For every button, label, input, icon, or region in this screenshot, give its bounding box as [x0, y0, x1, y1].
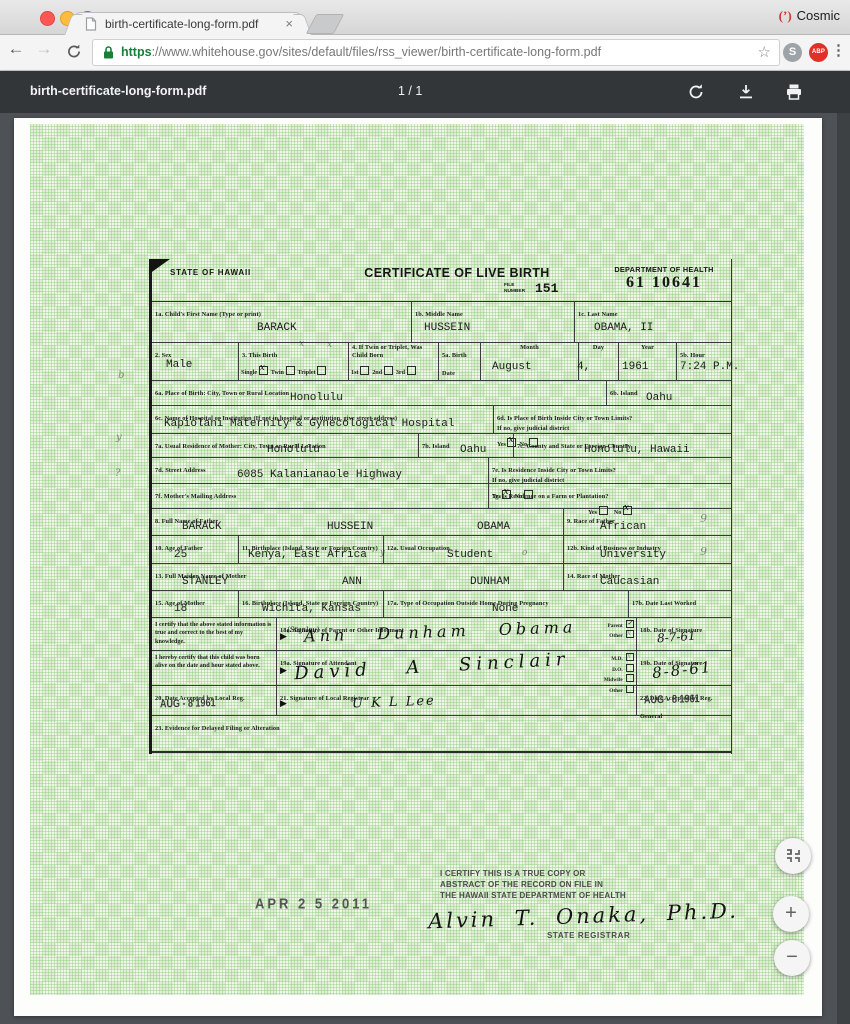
page-indicator: 1 / 1 — [398, 84, 422, 98]
local-reg-date-stamp: AUG - 8 1961 — [160, 696, 216, 710]
mother-middle: ANN — [342, 576, 362, 588]
informant-signature-date: 8-7-61 — [657, 629, 697, 646]
certificate-paper: b y ? 9 9 STATE OF HAWAII CERTIFICATE OF… — [30, 124, 804, 995]
window-titlebar: birth-certificate-long-form.pdf × (ʼ)Cos… — [0, 0, 850, 35]
zoom-out-button[interactable]: − — [774, 940, 810, 976]
file-number-label: FILE NUMBER — [504, 283, 525, 295]
field-label: 3. This Birth — [242, 352, 277, 359]
url-rest: ://www.whitehouse.gov/sites/default/file… — [152, 45, 602, 59]
arrow-mark: ▶ — [280, 665, 287, 676]
this-birth-options: Single x Twin Triplet — [241, 366, 326, 376]
pencil-mark: x — [327, 340, 332, 350]
url-text[interactable]: https://www.whitehouse.gov/sites/default… — [121, 45, 751, 59]
field-label: Year — [622, 344, 673, 352]
zoom-in-button[interactable]: + — [773, 896, 809, 932]
mother-residence-city: Honolulu — [267, 444, 320, 456]
mother-age: 18 — [174, 603, 187, 615]
father-occupation: Student — [447, 549, 493, 561]
cosmic-label: (ʼ)Cosmic — [779, 8, 840, 24]
state-registrar-signature: Alvin T. Onaka, Ph.D. — [428, 899, 740, 934]
field-label: Day — [582, 344, 615, 352]
zoom-out-icon: − — [786, 946, 798, 968]
back-button[interactable]: ← — [4, 39, 28, 59]
browser-tab[interactable]: birth-certificate-long-form.pdf × — [74, 12, 302, 35]
informant-certify-text: I certify that the above stated informat… — [155, 619, 273, 646]
adblock-plus-icon[interactable]: ABP — [809, 43, 828, 62]
state-registrar-title: STATE REGISTRAR — [547, 930, 630, 941]
field-label: 1a. Child's First Name (Type or print) — [155, 311, 261, 318]
field-label: 7f. Mother's Mailing Address — [155, 493, 236, 500]
pdf-page: b y ? 9 9 STATE OF HAWAII CERTIFICATE OF… — [14, 118, 822, 1016]
rotate-icon[interactable] — [686, 82, 706, 102]
father-middle: HUSSEIN — [327, 521, 373, 533]
birth-month: August — [492, 361, 532, 373]
true-copy-certification: I CERTIFY THIS IS A TRUE COPY OR ABSTRAC… — [440, 868, 626, 902]
certificate-title: CERTIFICATE OF LIVE BIRTH — [337, 266, 577, 280]
reload-button[interactable] — [62, 43, 86, 60]
mother-race: Caucasian — [600, 576, 659, 588]
field-label: 1c. Last Name — [578, 311, 618, 318]
address-bar[interactable]: https://www.whitehouse.gov/sites/default… — [92, 39, 780, 66]
mother-residence-county: Honolulu, Hawaii — [584, 444, 690, 456]
father-first: BARACK — [182, 521, 222, 533]
father-birthplace: Kenya, East Africa — [248, 549, 367, 561]
attendant-certify-text: I hereby certify that this child was bor… — [155, 652, 273, 671]
field-label: 12a. Usual Occupation — [387, 545, 450, 552]
tab-title: birth-certificate-long-form.pdf — [105, 17, 258, 31]
mother-residence-island: Oahu — [460, 444, 486, 456]
local-registrar-signature: U K L Lee — [352, 694, 436, 712]
reg-general-date-stamp: AUG - 8 1961 — [644, 692, 700, 706]
birth-year: 1961 — [622, 361, 648, 373]
birth-hour: 7:24 P.M. — [680, 361, 739, 373]
field-label: 6a. Place of Birth: City, Town or Rural … — [155, 390, 289, 397]
field-label: 7g. Is Residence on a Farm or Plantation… — [492, 493, 609, 500]
pdf-toolbar: birth-certificate-long-form.pdf 1 / 1 — [0, 71, 850, 113]
certificate-form: STATE OF HAWAII CERTIFICATE OF LIVE BIRT… — [149, 259, 732, 754]
field-label: 1b. Middle Name — [415, 311, 463, 318]
field-label: 7b. Island — [422, 443, 450, 450]
mother-birthplace: Wichita, Kansas — [262, 603, 361, 615]
apr-2011-date-stamp: APR 2 5 2011 — [255, 895, 372, 912]
pdf-viewer-area[interactable]: b y ? 9 9 STATE OF HAWAII CERTIFICATE OF… — [0, 113, 850, 1024]
arrow-mark: ▶ — [280, 698, 287, 709]
window-close-button[interactable] — [40, 11, 55, 26]
dept-of-health: DEPARTMENT OF HEALTH — [600, 265, 728, 274]
birth-island: Oahu — [646, 392, 672, 404]
sex-value: Male — [166, 359, 192, 371]
father-last: OBAMA — [477, 521, 510, 533]
pencil-mark: o — [522, 548, 527, 558]
scrollbar-track[interactable] — [837, 113, 850, 1024]
secure-lock-icon[interactable] — [102, 45, 115, 60]
browser-toolbar: ← → https://www.whitehouse.gov/sites/def… — [0, 35, 850, 71]
zoom-in-icon: + — [785, 902, 797, 924]
fit-to-page-icon — [775, 838, 811, 874]
mother-first: STANLEY — [182, 576, 228, 588]
field-label: 6b. Island — [610, 390, 638, 397]
download-icon[interactable] — [736, 82, 756, 102]
field-label: 7e. Is Residence Inside City or Town Lim… — [492, 467, 616, 474]
informant-type-options: Parent ✓ Other x — [607, 620, 634, 640]
birth-city: Honolulu — [290, 392, 343, 404]
twin-order-options: 1st 2nd 3rd — [351, 366, 416, 376]
child-middle-name: HUSSEIN — [424, 322, 470, 334]
field-label: 4. If Twin or Triplet, Was Child Born — [352, 344, 432, 360]
cosmic-icon: (ʼ) — [779, 8, 792, 23]
field-label: 17a. Type of Occupation Outside Home Dur… — [387, 600, 549, 607]
pencil-mark: y — [116, 432, 122, 443]
mother-last: DUNHAM — [470, 576, 510, 588]
pencil-mark: ? — [115, 468, 120, 479]
field-label: 7d. Street Address — [155, 467, 206, 474]
arrow-mark: ▶ — [280, 631, 287, 642]
field-label: 5b. Hour — [680, 352, 705, 359]
fit-to-page-button[interactable] — [775, 838, 811, 874]
pdf-file-name: birth-certificate-long-form.pdf — [30, 84, 206, 98]
field-sublabel: If no, give judicial district — [497, 425, 728, 433]
father-race: African — [600, 521, 646, 533]
child-last-name: OBAMA, II — [594, 322, 653, 334]
pencil-mark: x — [299, 339, 304, 349]
chrome-menu-icon[interactable]: ⋮ — [831, 41, 846, 59]
file-number: 151 — [535, 281, 558, 296]
certificate-number: 61 10641 — [600, 274, 728, 292]
hospital-name: Kapiolani Maternity & Gynecological Hosp… — [164, 418, 454, 430]
state-of-hawaii: STATE OF HAWAII — [170, 268, 251, 277]
occupation-pregnancy: None — [492, 603, 518, 615]
birth-day: 4, — [577, 361, 590, 373]
father-industry: University — [600, 549, 666, 561]
extension-s-icon[interactable]: S — [783, 43, 802, 62]
bookmark-star-icon[interactable]: ☆ — [758, 43, 771, 61]
pencil-mark: y — [380, 548, 385, 558]
field-label: 6d. Is Place of Birth Inside City or Tow… — [497, 415, 632, 422]
father-age: 25 — [174, 549, 187, 561]
field-label: 23. Evidence for Delayed Filing or Alter… — [155, 725, 280, 732]
print-icon[interactable] — [784, 82, 804, 102]
pdf-document-favicon — [85, 17, 97, 31]
field-label: 2. Sex — [155, 352, 171, 359]
field-label: Month — [484, 344, 575, 352]
forward-button: → — [32, 39, 56, 59]
street-address: 6085 Kalanianaole Highway — [237, 469, 402, 481]
url-scheme: https — [121, 45, 152, 59]
child-first-name: BARACK — [257, 322, 297, 334]
field-label: 17b. Date Last Worked — [632, 600, 696, 607]
new-tab-button[interactable] — [306, 14, 345, 34]
tab-close-icon[interactable]: × — [285, 16, 293, 31]
pencil-mark: b — [118, 370, 124, 381]
field-label: 5a. Birth Date — [442, 352, 467, 377]
